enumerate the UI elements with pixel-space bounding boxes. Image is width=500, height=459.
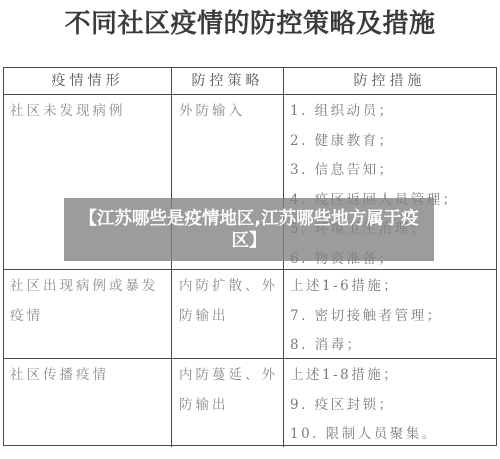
cell-line: 内防蔓延、外 (179, 361, 283, 391)
strategy-cell: 内防蔓延、外 防输出 (172, 359, 284, 447)
situation-cell: 社区出现病例或暴发 疫情 (4, 270, 172, 358)
measure-item: 3. 信息告知； (290, 156, 495, 186)
table-header-row: 疫情情形 防控策略 防控措施 (4, 68, 496, 95)
measure-item: 8. 消毒； (290, 331, 495, 361)
cell-line: 疫情 (10, 302, 171, 332)
measure-item: 上述1-8措施； (290, 361, 495, 391)
measure-item: 1. 组织动员； (290, 97, 495, 127)
cell-line: 社区传播疫情 (10, 361, 171, 391)
header-strategy: 防控策略 (172, 68, 284, 94)
cell-line: 内防扩散、外 (179, 272, 283, 302)
cell-line: 社区出现病例或暴发 (10, 272, 171, 302)
strategy-cell: 内防扩散、外 防输出 (172, 270, 284, 358)
table-row: 社区出现病例或暴发 疫情 内防扩散、外 防输出 上述1-6措施； 7. 密切接触… (4, 270, 496, 359)
measure-item: 7. 密切接触者管理； (290, 302, 495, 332)
measure-item: 上述1-6措施； (290, 272, 495, 302)
caption-text: 【江苏哪些是疫情地区,江苏哪些地方属于疫区】 (72, 208, 426, 252)
table-row: 社区传播疫情 内防蔓延、外 防输出 上述1-8措施； 9. 疫区封锁； 10. … (4, 359, 496, 447)
header-measures: 防控措施 (284, 68, 495, 94)
cell-line: 防输出 (179, 391, 283, 421)
cell-line: 外防输入 (179, 97, 283, 127)
cell-line: 防输出 (179, 302, 283, 332)
measure-item: 10. 限制人员聚集。 (290, 420, 495, 450)
measures-cell: 上述1-6措施； 7. 密切接触者管理； 8. 消毒； (284, 270, 495, 358)
header-situation: 疫情情形 (4, 68, 172, 94)
measure-item: 9. 疫区封锁； (290, 391, 495, 421)
situation-cell: 社区传播疫情 (4, 359, 172, 447)
cell-line: 社区未发现病例 (10, 97, 171, 127)
caption-overlay: 【江苏哪些是疫情地区,江苏哪些地方属于疫区】 (64, 198, 434, 261)
document-title: 不同社区疫情的防控策略及措施 (0, 6, 500, 42)
measures-cell: 上述1-8措施； 9. 疫区封锁； 10. 限制人员聚集。 (284, 359, 495, 447)
measure-item: 2. 健康教育； (290, 127, 495, 157)
